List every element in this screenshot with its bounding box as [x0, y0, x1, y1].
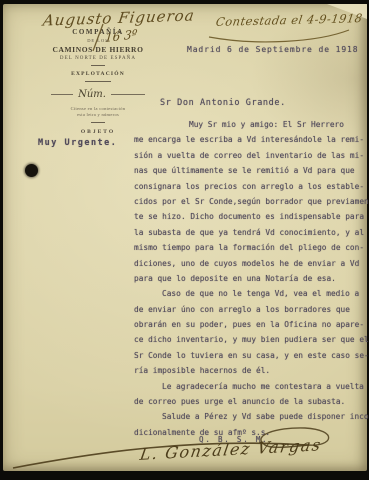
- num-leader-line: [111, 94, 145, 95]
- letterhead-divider: [85, 81, 111, 82]
- dateline: Madrid 6 de Septiembre de 1918: [187, 45, 359, 54]
- letter-line: consignara los precios con arreglo a los…: [134, 179, 368, 194]
- letter-line: mismo tiempo para la formación del plieg…: [134, 240, 368, 255]
- letter-line: obrarán en su poder, pues en la Oficina …: [134, 317, 368, 332]
- num-leader-line: [51, 94, 73, 95]
- hole-punch: [25, 164, 38, 177]
- letterhead-company: COMPAÑÍA: [29, 28, 167, 36]
- letter-line: la subasta de que ya tendrá Vd conocimie…: [134, 225, 368, 240]
- letter-line: Le agradecería mucho me contestara a vue…: [134, 379, 368, 394]
- letter-line: Sr Conde lo tuviera en su casa, y en est…: [134, 348, 368, 363]
- letter-line: Muy Sr mio y amigo: El Sr Herrero: [134, 117, 368, 132]
- letter-paper: Augusto Figueroa 16 3º Contestada el 4-9…: [3, 4, 367, 471]
- letter-line: te se hizo. Dicho documento es indispens…: [134, 209, 368, 224]
- letter-body: Muy Sr mio y amigo: El Sr Herrerome enca…: [134, 117, 368, 440]
- letterhead-num-label: Núm.: [78, 89, 106, 100]
- letterhead-divider: [91, 122, 105, 123]
- urgency-stamp: Muy Urgente.: [38, 138, 117, 148]
- letter-line: de enviar úno con arreglo a los borrador…: [134, 302, 368, 317]
- handwritten-reply-note: Contestada el 4-9-1918: [215, 11, 364, 29]
- letterhead-norte-espana: DEL NORTE DE ESPAÑA: [29, 56, 167, 61]
- letter-line: para que lo deposite en una Notaría de e…: [134, 271, 368, 286]
- letterhead-department: EXPLOTACIÓN: [29, 71, 167, 77]
- letterhead-num-row: Núm.: [29, 89, 167, 100]
- letter-line: cidos por el Sr Conde,según borrador que…: [134, 194, 368, 209]
- handwritten-street: Augusto Figueroa: [42, 6, 196, 29]
- letterhead-de-los: DE LOS: [29, 38, 167, 43]
- recipient-line: Sr Don Antonio Grande.: [160, 98, 286, 108]
- letter-line: nas que últimamente se le remitió a Vd p…: [134, 163, 368, 178]
- letter-line: Caso de que no le tenga Vd, vea el medio…: [134, 286, 368, 301]
- letter-line: ce dicho inventario, y muy bien pudiera …: [134, 332, 368, 347]
- letter-line: Salude a Pérez y Vd sabe puede disponer …: [134, 409, 368, 424]
- letter-line: ría imposible hacernos de él.: [134, 363, 368, 378]
- letter-line: me encarga le escriba a Vd interesándole…: [134, 132, 368, 147]
- letterhead-caminos-de-hierro: CAMINOS DE HIERRO: [29, 45, 167, 54]
- letter-line: sión a vuelta de correo del inventario d…: [134, 148, 368, 163]
- letter-line: de correo pues urge el anuncio de la sub…: [134, 394, 368, 409]
- reply-note-underline: [209, 30, 349, 42]
- letterhead-divider: [91, 65, 105, 66]
- letter-line: diciones, uno de cuyos modelos he de env…: [134, 256, 368, 271]
